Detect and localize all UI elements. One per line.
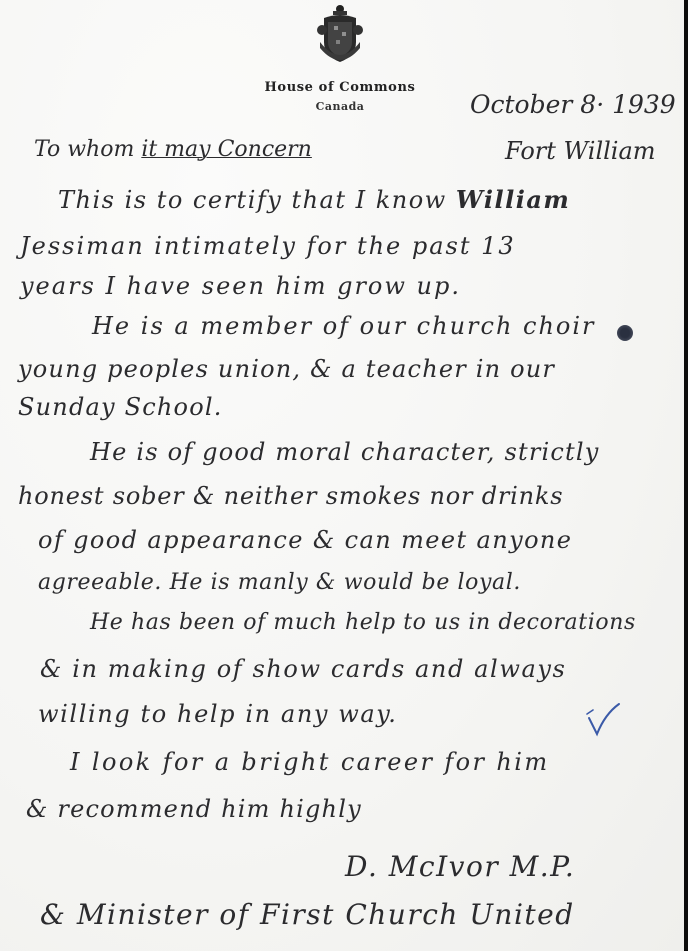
body-line: He is a member of our church choir [92, 312, 596, 340]
salutation: To whom it may Concern [34, 137, 312, 162]
letterhead-subtitle: Canada [220, 100, 460, 113]
body-line: young peoples union, & a teacher in our [18, 355, 555, 383]
check-mark-icon [585, 700, 625, 740]
salutation-underlined: it may Concern [141, 137, 312, 162]
letter-page: House of Commons Canada October 8· 1939 … [0, 0, 684, 951]
letter-date: October 8· 1939 [470, 90, 676, 119]
ink-blot [617, 325, 633, 341]
body-line: This is to certify that I know William [58, 185, 570, 214]
scan-edge [684, 0, 688, 951]
letterhead-title: House of Commons [220, 80, 460, 95]
salutation-prefix: To whom [34, 137, 141, 162]
body-line: years I have seen him grow up. [20, 272, 461, 300]
body-line: He has been of much help to us in decora… [90, 610, 636, 635]
signature: D. McIvor M.P. [345, 850, 575, 883]
subject-name: William [456, 185, 570, 214]
body-line: willing to help in any way. [38, 700, 398, 728]
body-line: agreeable. He is manly & would be loyal. [38, 570, 521, 595]
body-line: He is of good moral character, strictly [90, 438, 600, 466]
body-line: I look for a bright career for him [70, 748, 550, 776]
coat-of-arms-icon [316, 2, 364, 66]
body-line-text: This is to certify that I know [58, 186, 456, 214]
signatory-title: & Minister of First Church United [40, 898, 575, 931]
body-line: & recommend him highly [26, 795, 362, 823]
body-line: & in making of show cards and always [40, 655, 566, 683]
letter-place: Fort William [505, 137, 656, 165]
body-line: Sunday School. [18, 393, 223, 421]
body-line: honest sober & neither smokes nor drinks [18, 482, 563, 510]
body-line: of good appearance & can meet anyone [38, 526, 572, 554]
body-line: Jessiman intimately for the past 13 [20, 232, 516, 260]
